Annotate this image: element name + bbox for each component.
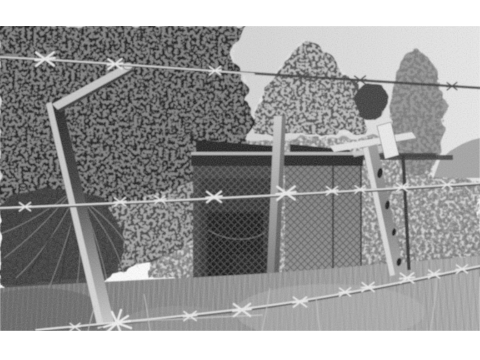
screenshot-canvas [0,0,480,360]
film-grain-overlay [0,26,480,331]
photograph [0,26,480,331]
photo-white-border [0,26,480,331]
